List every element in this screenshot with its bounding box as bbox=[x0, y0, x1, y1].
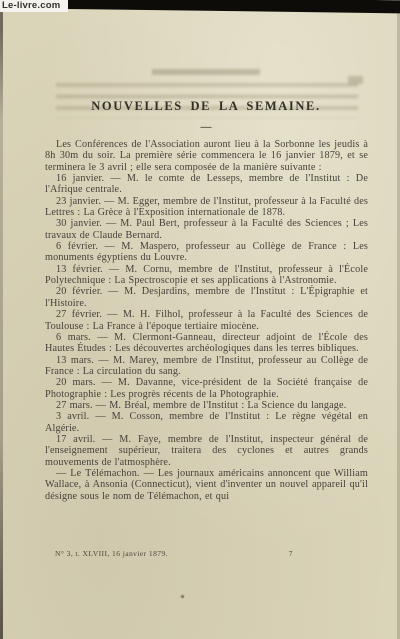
section-divider-dash: — bbox=[45, 121, 367, 133]
bleedthrough-header-smudge bbox=[152, 69, 260, 75]
paragraph: 27 mars. — M. Bréal, membre de l'Institu… bbox=[45, 400, 368, 411]
paragraph: 20 mars. — M. Davanne, vice-président de… bbox=[45, 377, 368, 400]
page-footer: N° 3, t. XLVIII, 16 janvier 1879. 7 bbox=[55, 549, 293, 558]
paragraph: 3 avril. — M. Cosson, membre de l'Instit… bbox=[45, 411, 368, 434]
paragraph: 13 février. — M. Cornu, membre de l'Inst… bbox=[45, 264, 368, 287]
paragraph: 6 février. — M. Maspero, professeur au C… bbox=[45, 241, 368, 264]
article-body: Les Conférences de l'Association auront … bbox=[45, 139, 368, 502]
paragraph: 6 mars. — M. Clermont-Ganneau, directeur… bbox=[45, 332, 368, 355]
paragraph: Les Conférences de l'Association auront … bbox=[45, 139, 368, 173]
section-title: NOUVELLES DE LA SEMAINE. bbox=[45, 99, 367, 114]
paragraph: 20 février. — M. Desjardins, membre de l… bbox=[45, 286, 368, 309]
bleedthrough-folio-smudge bbox=[348, 76, 363, 84]
paragraph: 30 janvier. — M. Paul Bert, professeur à… bbox=[45, 218, 368, 241]
paragraph: — Le Télémachon. — Les journaux américai… bbox=[45, 468, 368, 502]
paragraph: 16 janvier. — M. le comte de Lesseps, me… bbox=[45, 173, 368, 196]
page-left-edge-shadow bbox=[0, 0, 3, 639]
paragraph: 13 mars. — M. Marey, membre de l'Institu… bbox=[45, 355, 368, 378]
watermark-label: Le-livre.com bbox=[0, 0, 68, 12]
paper-speck bbox=[181, 595, 184, 598]
scanned-page: Le-livre.com NOUVELLES DE LA SEMAINE. — … bbox=[0, 0, 400, 639]
paragraph: 17 avril. — M. Faye, membre de l'Institu… bbox=[45, 434, 368, 468]
issue-info: N° 3, t. XLVIII, 16 janvier 1879. bbox=[55, 549, 168, 558]
paragraph: 27 février. — M. H. Filhol, professeur à… bbox=[45, 309, 368, 332]
paragraph: 23 janvier. — M. Egger, membre de l'Inst… bbox=[45, 196, 368, 219]
page-number: 7 bbox=[289, 549, 293, 558]
